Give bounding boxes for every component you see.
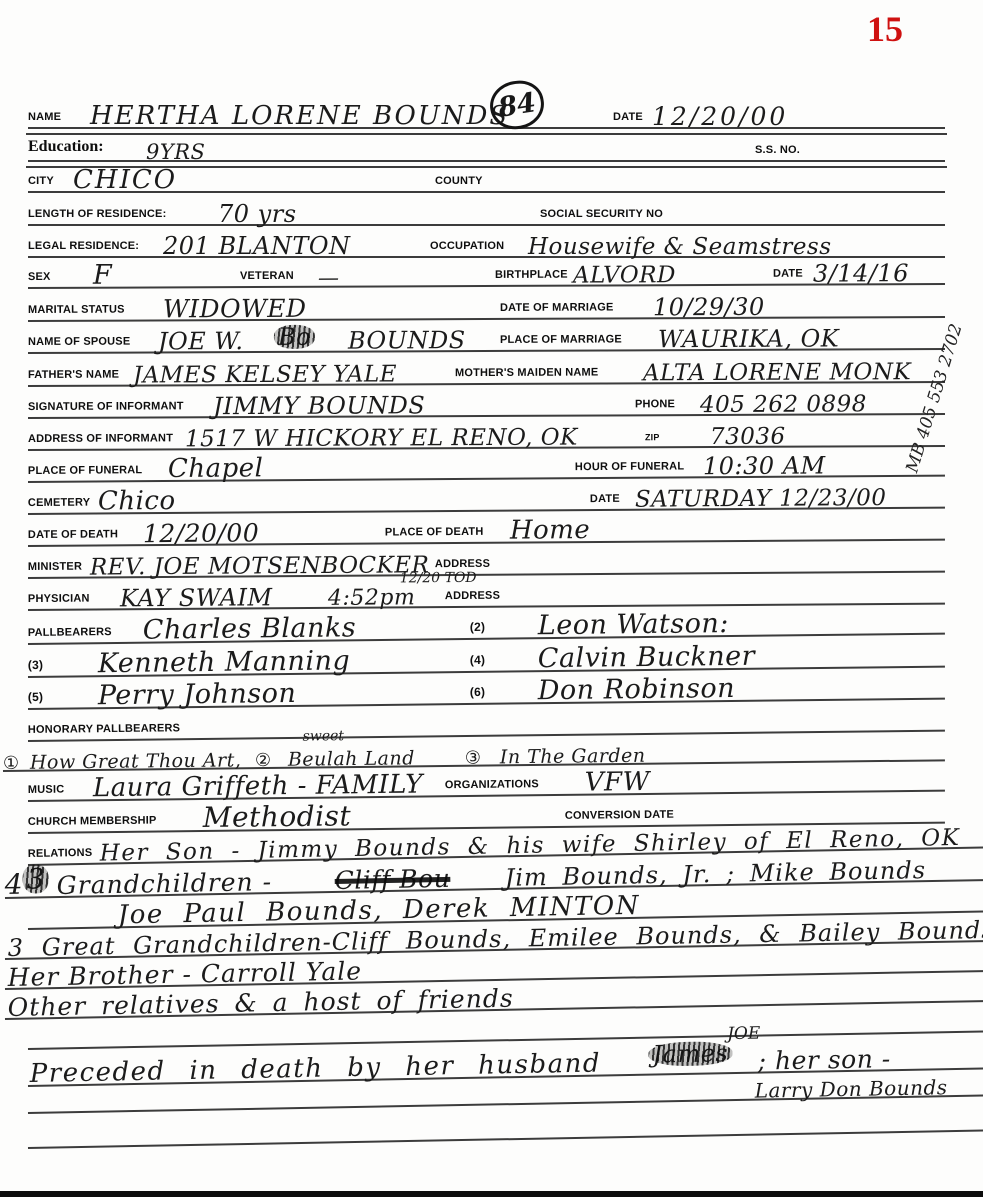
- song-1-circled-number: ①: [3, 753, 20, 774]
- minister-label: MINISTER: [28, 561, 82, 573]
- preceded-scribbled-name: James: [652, 1039, 728, 1068]
- pallbearers-label: PALLBEARERS: [28, 626, 112, 639]
- music-label: MUSIC: [28, 784, 65, 796]
- pallbearer-6-number: (6): [470, 685, 485, 699]
- city-label: CITY: [28, 175, 54, 187]
- scanned-funeral-record-page: 15 NAME HERTHA LORENE BOUNDS 84 DATE 12/…: [0, 0, 983, 1197]
- date-of-marriage-label: DATE OF MARRIAGE: [500, 301, 614, 313]
- legal-residence-label: LEGAL RESIDENCE:: [28, 240, 139, 252]
- physician-address-label: ADDRESS: [445, 590, 500, 602]
- name-label: NAME: [28, 111, 61, 123]
- marital-status-label: MARITAL STATUS: [28, 304, 125, 316]
- grandchildren-count: 4: [4, 868, 23, 901]
- zip-label: ZIP: [645, 432, 660, 442]
- veteran-label: VETERAN: [240, 270, 294, 282]
- father-label: FATHER'S NAME: [28, 369, 119, 381]
- form-row-education: Education: 9YRS S.S. NO.: [28, 127, 945, 162]
- sex-value: F: [93, 260, 112, 291]
- mother-label: MOTHER'S MAIDEN NAME: [455, 367, 599, 380]
- spouse-label: NAME OF SPOUSE: [28, 336, 130, 348]
- form-row-name: NAME HERTHA LORENE BOUNDS 84 DATE 12/20/…: [28, 91, 945, 129]
- ssn-label: S.S. NO.: [755, 144, 800, 156]
- sex-label: SEX: [28, 271, 51, 283]
- form-row-spouse: NAME OF SPOUSE JOE W. Bo BOUNDS PLACE OF…: [28, 316, 945, 354]
- length-of-residence-label: LENGTH OF RESIDENCE:: [28, 208, 166, 220]
- birthplace-label: BIRTHPLACE: [495, 269, 568, 281]
- form-row-sex: SEX F VETERAN — BIRTHPLACE ALVORD DATE 3…: [28, 251, 945, 289]
- page-number: 15: [867, 8, 903, 50]
- phone-label: PHONE: [635, 398, 675, 410]
- place-of-funeral-label: PLACE OF FUNERAL: [28, 464, 143, 477]
- occupation-label: OCCUPATION: [430, 240, 504, 252]
- spouse-scribbled-text: Bo: [278, 323, 311, 351]
- social-security-label: SOCIAL SECURITY NO: [540, 208, 663, 220]
- place-of-death-label: PLACE OF DEATH: [385, 526, 484, 539]
- time-of-death-annotation: 12/20 TOD: [400, 570, 477, 587]
- song-2-annotation: sweet: [303, 728, 345, 744]
- pallbearer-5-number: (5): [28, 690, 43, 704]
- funeral-date-label: DATE: [590, 493, 620, 505]
- informant-address-label: ADDRESS OF INFORMANT: [28, 432, 173, 445]
- city-value: CHICO: [73, 165, 177, 195]
- scan-edge-bar: [0, 1191, 983, 1197]
- organizations-label: ORGANIZATIONS: [445, 778, 539, 791]
- pallbearer-5-value: Perry Johnson: [98, 678, 297, 711]
- preceded-annotation: JOE: [727, 1024, 761, 1045]
- county-label: COUNTY: [435, 175, 483, 187]
- date-of-death-label: DATE OF DEATH: [28, 528, 118, 541]
- pallbearer-6-value: Don Robinson: [538, 673, 736, 706]
- minister-address-label: ADDRESS: [435, 558, 490, 570]
- hour-of-funeral-label: HOUR OF FUNERAL: [575, 460, 684, 473]
- date-label: DATE: [613, 111, 643, 123]
- cemetery-label: CEMETERY: [28, 497, 90, 509]
- birth-date-label: DATE: [773, 268, 803, 280]
- pallbearer-2-number: (2): [470, 620, 485, 634]
- pallbearer-3-number: (3): [28, 658, 43, 672]
- place-of-marriage-label: PLACE OF MARRIAGE: [500, 333, 622, 346]
- education-label: Education:: [28, 138, 104, 156]
- informant-label: SIGNATURE OF INFORMANT: [28, 400, 184, 413]
- pallbearer-4-number: (4): [470, 653, 485, 667]
- form-row-length-of-residence: LENGTH OF RESIDENCE: 70 yrs SOCIAL SECUR…: [28, 192, 945, 226]
- physician-label: PHYSICIAN: [28, 593, 90, 605]
- form-row-city: CITY CHICO COUNTY: [28, 159, 945, 193]
